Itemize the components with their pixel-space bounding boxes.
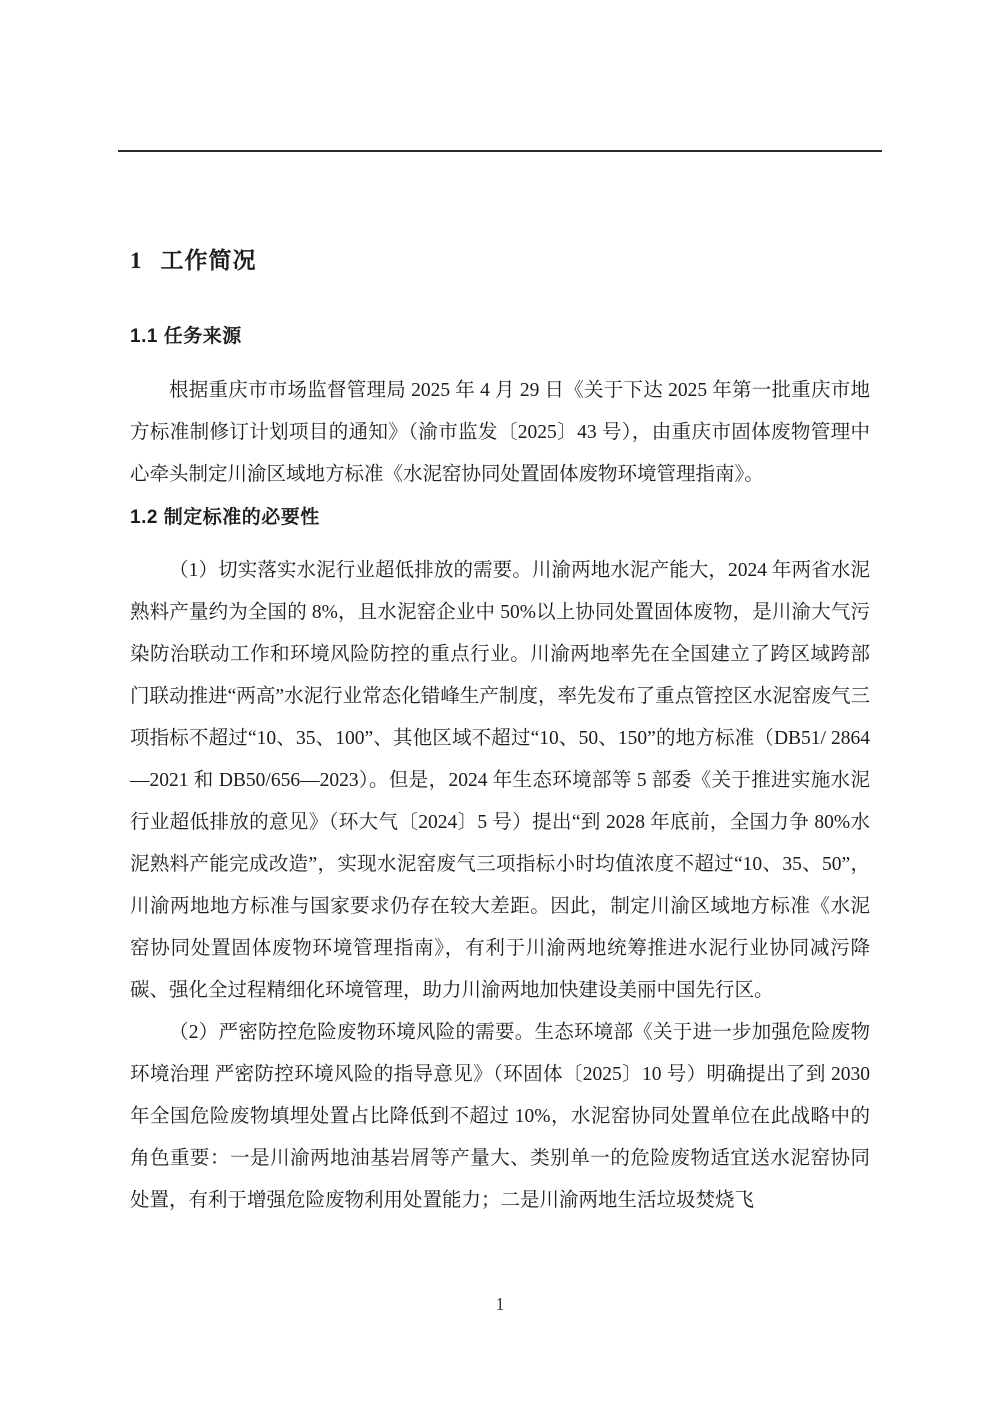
paragraph-necessity-1: （1）切实落实水泥行业超低排放的需要。川渝两地水泥产能大，2024 年两省水泥熟…: [130, 550, 870, 1012]
section-heading-1-1: 1.1 任务来源: [130, 325, 870, 349]
section-heading-1-2: 1.2 制定标准的必要性: [130, 506, 870, 530]
chapter-heading: 1工作简况: [130, 246, 870, 275]
document-page: 1工作简况 1.1 任务来源 根据重庆市市场监督管理局 2025 年 4 月 2…: [0, 0, 1000, 1414]
page-number: 1: [0, 1292, 1000, 1316]
chapter-number: 1: [130, 248, 143, 273]
paragraph-task-source: 根据重庆市市场监督管理局 2025 年 4 月 29 日《关于下达 2025 年…: [130, 370, 870, 496]
chapter-title: 工作简况: [161, 247, 257, 273]
page-content: 1工作简况 1.1 任务来源 根据重庆市市场监督管理局 2025 年 4 月 2…: [0, 150, 1000, 1222]
paragraph-necessity-2: （2）严密防控危险废物环境风险的需要。生态环境部《关于进一步加强危险废物环境治理…: [130, 1012, 870, 1222]
header-rule: [118, 150, 882, 152]
